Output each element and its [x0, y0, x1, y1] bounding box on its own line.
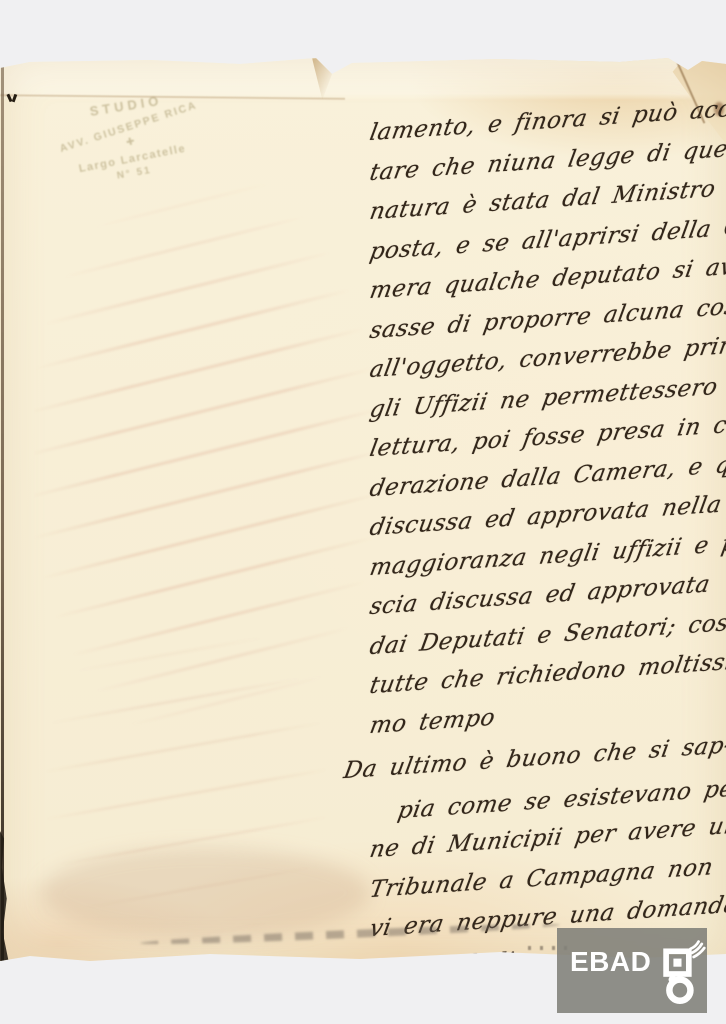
stamp-icon — [658, 938, 707, 1010]
scan-background: STUDIO AVV. GIUSEPPE RICA ✚ Largo Larcat… — [0, 0, 726, 1024]
ebad-label: EBAD — [570, 948, 651, 976]
manuscript-page: STUDIO AVV. GIUSEPPE RICA ✚ Largo Larcat… — [0, 58, 726, 961]
handwriting-lines: lamento, e finora si può accer-tare che … — [0, 58, 726, 961]
ebad-watermark: EBAD — [557, 928, 707, 1013]
manuscript-line: Da ultimo è buono che si sap- — [342, 729, 726, 784]
manuscript-line: lamento, e finora si può accer- — [368, 91, 726, 146]
page-edge — [1, 58, 4, 961]
